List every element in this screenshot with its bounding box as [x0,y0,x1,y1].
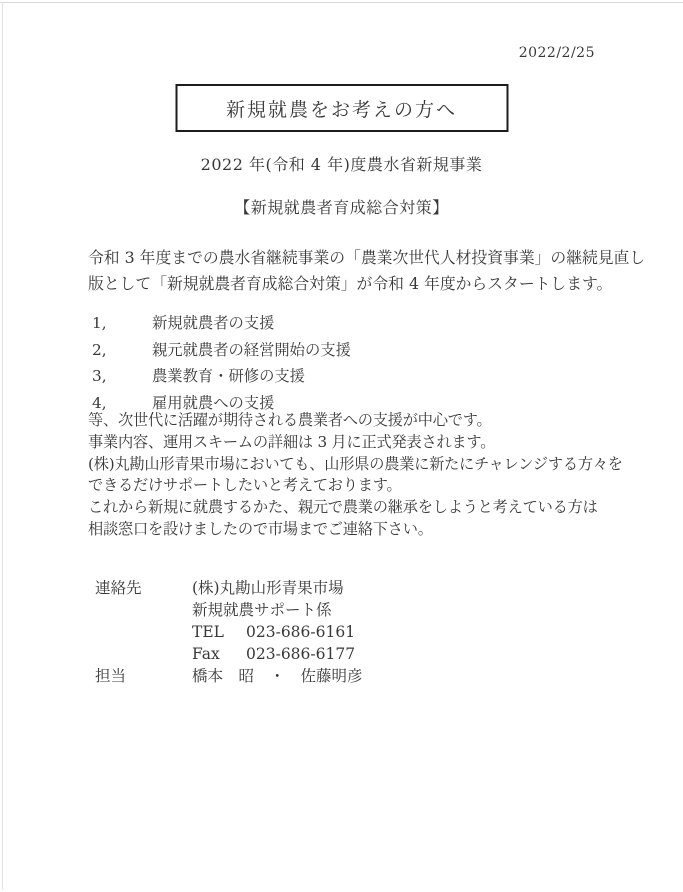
support-section-name: 新規就農サポート係 [192,599,332,621]
contact-label-spacer [95,599,192,621]
page-edge-top-line [0,2,683,3]
contact-row-tel: TEL023-686-6161 [95,621,363,643]
contact-row-section: 新規就農サポート係 [95,599,363,621]
title-box: 新規就農をお考えの方へ [175,84,508,132]
intro-paragraph: 令和 3 年度までの農水省継続事業の「農業次世代人材投資事業」の継続見直し 版と… [88,245,645,297]
contact-label-spacer [95,643,192,665]
body-line: これから新規に就農するかた、親元で農業の継承をしようと考えている方は [88,497,623,519]
body-line: 事業内容、運用スキームの詳細は 3 月に正式発表されます。 [88,432,623,454]
body-line: 相談窓口を設けましたので市場までご連絡下さい。 [88,519,623,541]
list-item: 3,農業教育・研修の支援 [92,363,351,390]
list-item-number: 2, [92,337,152,364]
subtitle-program: 【新規就農者育成総合対策】 [0,195,683,218]
document-date: 2022/2/25 [0,45,595,61]
staff-names: 橋本 昭 ・ 佐藤明彦 [192,665,363,687]
list-item: 2,親元就農者の経営開始の支援 [92,337,351,364]
page-title: 新規就農をお考えの方へ [226,95,457,122]
body-paragraph: 等、次世代に活躍が期待される農業者への支援が中心です。 事業内容、運用スキームの… [88,410,623,541]
body-line: できるだけサポートしたいと考えております。 [88,475,623,497]
list-item-text: 農業教育・研修の支援 [152,367,305,385]
tel-entry: TEL023-686-6161 [192,621,355,643]
intro-line: 版として「新規就農者育成総合対策」が令和 4 年度からスタートします。 [88,271,645,297]
contact-section: 連絡先 (株)丸勘山形青果市場 新規就農サポート係 TEL023-686-616… [95,577,363,687]
staff-label: 担当 [95,665,192,687]
fax-entry: Fax023-686-6177 [192,643,355,665]
contact-row-fax: Fax023-686-6177 [95,643,363,665]
list-item-text: 雇用就農への支援 [152,394,274,412]
fax-number: 023-686-6177 [246,645,355,663]
list-item-number: 1, [92,310,152,337]
body-line: (株)丸勘山形青果市場においても、山形県の農業に新たにチャレンジする方々を [88,454,623,476]
list-item-text: 親元就農者の経営開始の支援 [152,341,351,359]
contact-row-staff: 担当 橋本 昭 ・ 佐藤明彦 [95,665,363,687]
list-item-number: 3, [92,363,152,390]
contact-label-spacer [95,621,192,643]
numbered-list: 1,新規就農者の支援 2,親元就農者の経営開始の支援 3,農業教育・研修の支援 … [92,310,351,416]
tel-number: 023-686-6161 [246,623,355,641]
contact-label: 連絡先 [95,577,192,599]
document-page: 2022/2/25 新規就農をお考えの方へ 2022 年(令和 4 年)度農水省… [0,0,683,892]
body-line: 等、次世代に活躍が期待される農業者への支援が中心です。 [88,410,623,432]
contact-row-company: 連絡先 (株)丸勘山形青果市場 [95,577,363,599]
fax-label: Fax [192,643,246,665]
list-item-text: 新規就農者の支援 [152,314,274,332]
subtitle-year: 2022 年(令和 4 年)度農水省新規事業 [0,152,683,175]
page-edge-left-line [2,2,3,890]
tel-label: TEL [192,621,246,643]
intro-line: 令和 3 年度までの農水省継続事業の「農業次世代人材投資事業」の継続見直し [88,245,645,271]
list-item: 1,新規就農者の支援 [92,310,351,337]
company-name: (株)丸勘山形青果市場 [192,577,344,599]
